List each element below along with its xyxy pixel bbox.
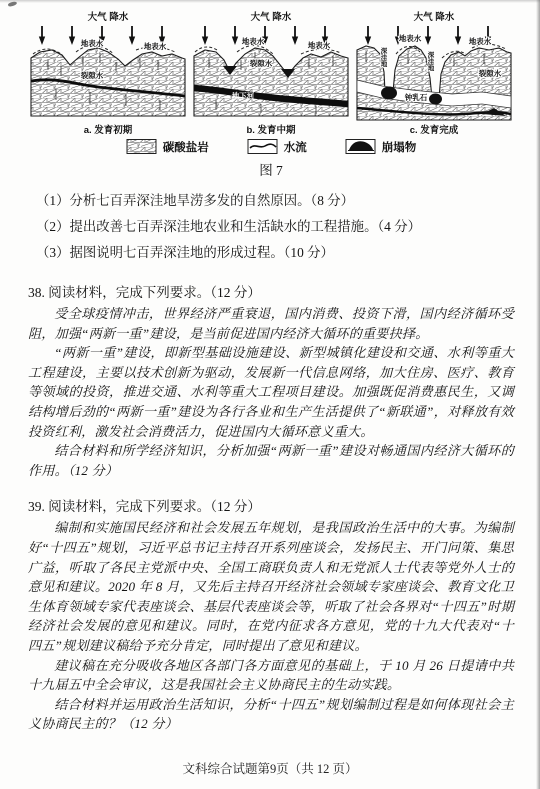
- deep-depression-label: 深洼地: [427, 50, 434, 72]
- stalactite-label: 钟乳石: [404, 92, 428, 102]
- legend-item-stream: 水流: [247, 138, 307, 155]
- legend-item-collapse: 崩塌物: [345, 138, 417, 155]
- fissure-water-label: 裂隙水: [81, 70, 104, 80]
- question-37-subquestions: （1）分析七百弄深洼地旱涝多发的自然原因。（8 分） （2）提出改善七百弄深洼地…: [28, 188, 514, 266]
- figure7-panels: 大气 降水 地表水 地表水 裂隙水 a. 发育初期: [28, 8, 514, 137]
- subquestion-1: （1）分析七百弄深洼地旱涝多发的自然原因。（8 分）: [28, 188, 514, 214]
- karst-panel-a: 大气 降水 地表水 地表水 裂隙水 a. 发育初期: [28, 8, 188, 137]
- question-38-title: 38. 阅读材料，完成下列要求。（12 分）: [28, 281, 514, 304]
- question-39-title: 39. 阅读材料，完成下列要求。（12 分）: [28, 495, 514, 518]
- stream-swatch-icon: [247, 138, 279, 155]
- karst-panel-c: 大气 降水 地表水 地表水 深洼地 深洼地 钟乳石 裂隙水: [354, 8, 514, 137]
- scan-artifact-right: [536, 0, 540, 789]
- carbonate-rock-swatch-icon: [126, 138, 158, 155]
- surface-water-label: 地表水: [469, 36, 492, 46]
- collapse-debris: [429, 94, 442, 105]
- panel-a-caption: a. 发育初期: [84, 124, 133, 136]
- question-38-task: 结合材料和所学经济知识，分析加强“两新一重”建设对畅通国内经济大循环的作用。（1…: [28, 441, 514, 480]
- fissure-water-label: 裂隙水: [479, 68, 502, 78]
- atmosphere-precip-label: 大气 降水: [88, 11, 129, 23]
- collapse-debris: [381, 87, 397, 100]
- question-39: 39. 阅读材料，完成下列要求。（12 分） 编制和实施国民经济和社会发展五年规…: [28, 495, 514, 734]
- deep-depression-label: 深洼地: [380, 46, 387, 68]
- question-38-material-paragraph-1: 受全球疫情冲击，世界经济严重衰退，国内消费、投资下滑，国内经济循环受阻，加强“两…: [28, 304, 514, 343]
- panel-c-caption: c. 发育完成: [410, 124, 459, 136]
- surface-water-label: 地表水: [144, 41, 167, 51]
- surface-water-label: 地表水: [308, 40, 331, 50]
- page-footer: 文科综合试题第9页（共 12 页）: [0, 759, 540, 777]
- surface-water-label: 地表水: [242, 36, 265, 46]
- surface-water-label: 地表水: [81, 38, 104, 48]
- subquestion-3: （3）据图说明七百弄深洼地的形成过程。（10 分）: [28, 240, 514, 266]
- question-39-material-paragraph-1: 编制和实施国民经济和社会发展五年规划，是我国政治生活中的大事。为编制好“十四五”…: [28, 518, 514, 655]
- legend-label-collapse: 崩塌物: [382, 139, 417, 155]
- question-39-task: 结合材料并运用政治生活知识，分析“十四五”规划编制过程是如何体现社会主义协商民主…: [28, 695, 514, 734]
- exam-page: 大气 降水 地表水 地表水 裂隙水 a. 发育初期: [0, 0, 540, 789]
- panel-b-caption: b. 发育中期: [246, 124, 296, 136]
- carbonate-rock-body: [31, 48, 185, 116]
- legend-label-carbonate: 碳酸盐岩: [163, 139, 209, 155]
- scan-artifact-top: [0, 0, 540, 3]
- question-38: 38. 阅读材料，完成下列要求。（12 分） 受全球疫情冲击，世界经济严重衰退，…: [28, 281, 514, 480]
- karst-panel-b: 大气 降水 地下河 地表水 地表水 裂隙水 b. 发育中期: [191, 8, 351, 137]
- underground-river-label: 地下河: [232, 91, 255, 101]
- question-38-material-paragraph-2: “两新一重”建设，即新型基础设施建设、新型城镇化建设和交通、水利等重大工程建设，…: [28, 343, 514, 441]
- atmosphere-precip-label: 大气 降水: [251, 11, 292, 23]
- figure7-caption: 图 7: [28, 159, 514, 179]
- surface-water-label: 地表水: [399, 33, 422, 43]
- subquestion-2: （2）提出改善七百弄深洼地农业和生活缺水的工程措施。（4 分）: [28, 214, 514, 240]
- legend-label-stream: 水流: [284, 139, 307, 155]
- fissure-water-label: 裂隙水: [250, 58, 273, 68]
- question-39-material-paragraph-2: 建议稿在充分吸收各地区各部门各方面意见的基础上，于 10 月 26 日提请中共十…: [28, 656, 514, 695]
- atmosphere-precip-label: 大气 降水: [414, 11, 455, 23]
- legend-item-carbonate: 碳酸盐岩: [126, 138, 209, 155]
- collapse-swatch-icon: [345, 138, 377, 155]
- figure7-legend: 碳酸盐岩 水流 崩塌物: [28, 138, 514, 155]
